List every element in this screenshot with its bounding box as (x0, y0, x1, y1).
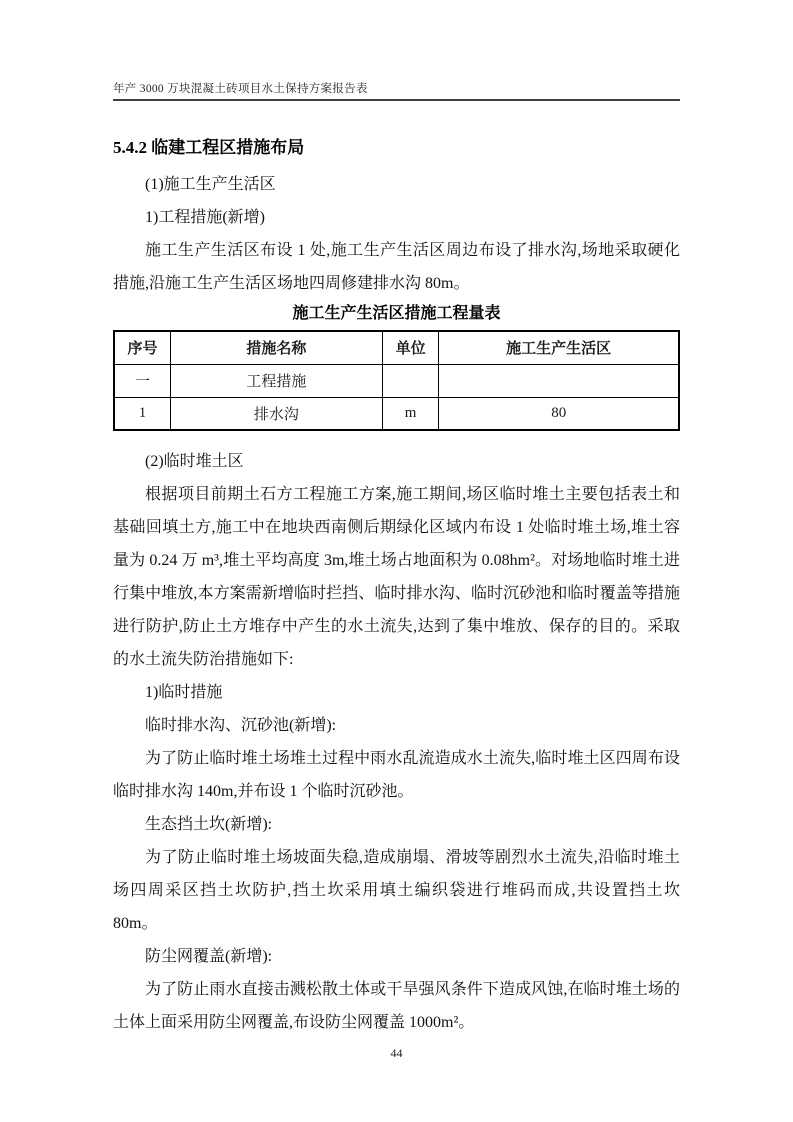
cell-quantity (439, 364, 679, 397)
table-caption: 施工生产生活区措施工程量表 (113, 302, 680, 326)
paragraph-body-eco-retaining: 为了防止临时堆土场坡面失稳,造成崩塌、滑坡等剧烈水土流失,沿临时堆土场四周采区挡… (113, 841, 680, 940)
column-header-unit: 单位 (382, 331, 439, 364)
cell-quantity: 80 (439, 397, 679, 430)
cell-measure-name: 排水沟 (171, 397, 383, 430)
paragraph-item-engineering-measures: 1)工程措施(新增) (113, 201, 680, 234)
column-header-serial: 序号 (114, 331, 171, 364)
cell-serial: 一 (114, 364, 171, 397)
page-header: 年产 3000 万块混凝土砖项目水土保持方案报告表 (113, 82, 680, 101)
page-number: 44 (391, 1046, 403, 1060)
paragraph-body-dust-net: 为了防止雨水直接击溅松散土体或干旱强风条件下造成风蚀,在临时堆土场的土体上面采用… (113, 973, 680, 1039)
page-footer: 44 (0, 1046, 793, 1060)
paragraph-subsection-1: (1)施工生产生活区 (113, 168, 680, 201)
table-row: 1 排水沟 m 80 (114, 397, 679, 430)
paragraph-item-temp-drainage-silt: 临时排水沟、沉砂池(新增): (113, 709, 680, 742)
measures-quantity-table: 序号 措施名称 单位 施工生产生活区 一 工程措施 1 排水沟 m 80 (113, 330, 680, 431)
cell-measure-name: 工程措施 (171, 364, 383, 397)
paragraph-item-eco-retaining: 生态挡土坎(新增): (113, 808, 680, 841)
column-header-measure-name: 措施名称 (171, 331, 383, 364)
cell-unit (382, 364, 439, 397)
paragraph-body-temporary-stockpile: 根据项目前期土石方工程施工方案,施工期间,场区临时堆土主要包括表土和基础回填土方… (113, 478, 680, 676)
section-heading: 5.4.2 临建工程区措施布局 (113, 137, 680, 159)
cell-unit: m (382, 397, 439, 430)
table-header-row: 序号 措施名称 单位 施工生产生活区 (114, 331, 679, 364)
cell-serial: 1 (114, 397, 171, 430)
paragraph-item-dust-net: 防尘网覆盖(新增): (113, 940, 680, 973)
paragraph-item-temporary-measures: 1)临时措施 (113, 676, 680, 709)
paragraph-subsection-2: (2)临时堆土区 (113, 445, 680, 478)
column-header-area: 施工生产生活区 (439, 331, 679, 364)
paragraph-body-drainage: 施工生产生活区布设 1 处,施工生产生活区周边布设了排水沟,场地采取硬化措施,沿… (113, 234, 680, 300)
table-row: 一 工程措施 (114, 364, 679, 397)
paragraph-body-temp-drainage: 为了防止临时堆土场堆土过程中雨水乱流造成水土流失,临时堆土区四周布设临时排水沟 … (113, 742, 680, 808)
running-title: 年产 3000 万块混凝土砖项目水土保持方案报告表 (113, 83, 368, 95)
document-page: 年产 3000 万块混凝土砖项目水土保持方案报告表 5.4.2 临建工程区措施布… (0, 0, 793, 1122)
